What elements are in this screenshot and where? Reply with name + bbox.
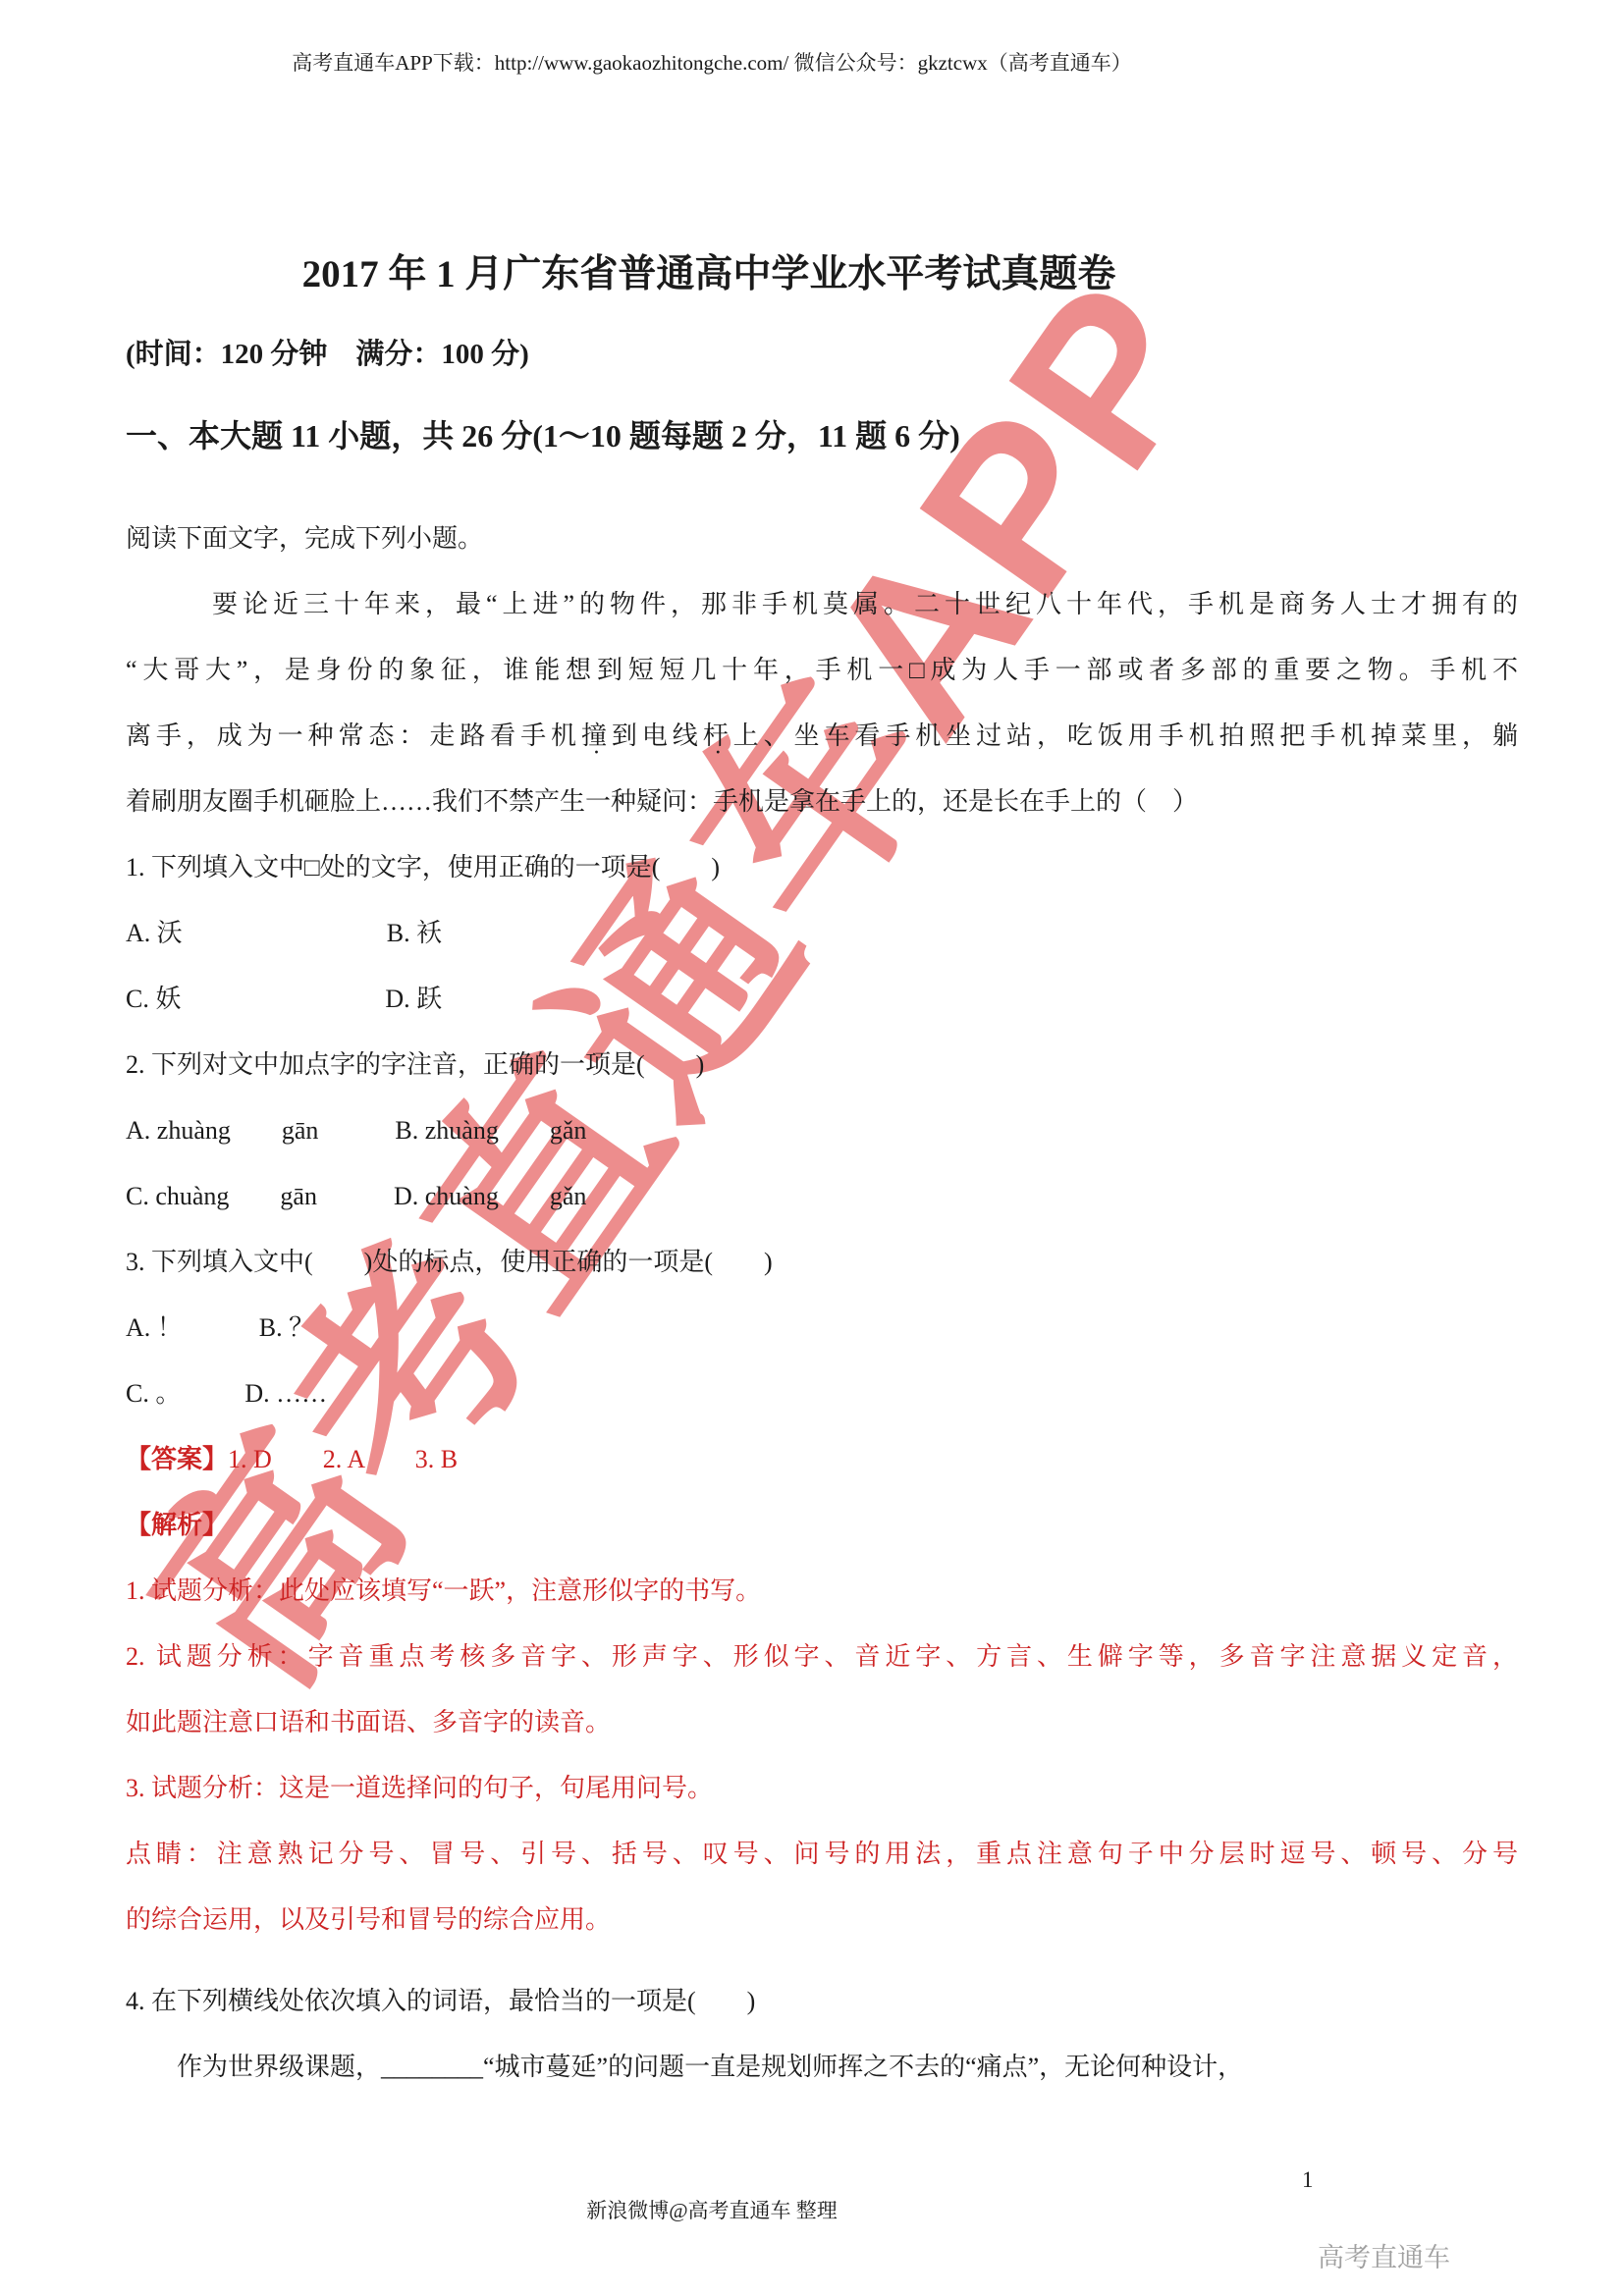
paragraph-line-4: 着刷朋友圈手机砸脸上……我们不禁产生一种疑问：手机是拿在手上的，还是长在手上的（… <box>126 769 1518 834</box>
dotted-character: 杆 <box>703 721 733 750</box>
question-4-stem: 4. 在下列横线处依次填入的词语，最恰当的一项是( ) <box>126 1968 1518 2034</box>
answer-values: 1. D 2. A 3. B <box>228 1445 458 1473</box>
analysis-tip-line-1: 点睛：注意熟记分号、冒号、引号、括号、叹号、问号的用法，重点注意句子中分层时逗号… <box>126 1821 1518 1887</box>
brand-corner-mark: 高考直通车 <box>1318 2236 1450 2274</box>
analysis-label: 【解析】 <box>126 1492 1518 1558</box>
text-segment: 上、坐车看手机坐过站，吃饭用手机拍照把手机掉菜里，躺 <box>733 721 1518 750</box>
exam-document-page: 高考直通车APP 高考直通车APP下载：http://www.gaokaozhi… <box>0 0 1624 2296</box>
analysis-item-2-line-2: 如此题注意口语和书面语、多音字的读音。 <box>126 1689 1518 1755</box>
question-1-options-row-cd: C. 妖 D. 跃 <box>126 966 1518 1032</box>
analysis-item-3: 3. 试题分析：这是一道选择问的句子，句尾用问号。 <box>126 1755 1518 1821</box>
question-3-options-row-ab: A. ！ B. ？ <box>126 1295 1518 1361</box>
dotted-character: 撞 <box>581 721 612 750</box>
question-1-options-row-ab: A. 沃 B. 袄 <box>126 900 1518 966</box>
question-2-options-row-cd: C. chuàng gān D. chuàng gǎn <box>126 1163 1518 1229</box>
question-2-options-row-ab: A. zhuàng gān B. zhuàng gǎn <box>126 1097 1518 1163</box>
analysis-item-1: 1. 试题分析：此处应该填写“一跃”，注意形似字的书写。 <box>126 1558 1518 1624</box>
question-3-stem: 3. 下列填入文中( )处的标点，使用正确的一项是( ) <box>126 1229 1518 1295</box>
question-2-stem: 2. 下列对文中加点字的字注音，正确的一项是( ) <box>126 1032 1518 1097</box>
analysis-tip-line-2: 的综合运用，以及引号和冒号的综合应用。 <box>126 1887 1518 1952</box>
section-heading: 一、本大题 11 小题，共 26 分(1～10 题每题 2 分，11 题 6 分… <box>126 411 1518 456</box>
footer-note: 新浪微博@高考直通车 整理 <box>0 2195 1424 2224</box>
analysis-item-2-line-1: 2. 试题分析：字音重点考核多音字、形声字、形似字、音近字、方言、生僻字等，多音… <box>126 1624 1518 1689</box>
paragraph-line-3: 离手，成为一种常态：走路看手机撞到电线杆上、坐车看手机坐过站，吃饭用手机拍照把手… <box>126 703 1518 769</box>
answer-label: 【答案】 <box>126 1445 228 1473</box>
question-1-stem: 1. 下列填入文中□处的文字，使用正确的一项是( ) <box>126 834 1518 900</box>
paragraph-line-1: 要论近三十年来，最“上进”的物件，那非手机莫属。二十世纪八十年代，手机是商务人士… <box>126 571 1518 637</box>
text-segment: 离手，成为一种常态：走路看手机 <box>126 721 581 750</box>
paragraph-line-2: “大哥大”，是身份的象征，谁能想到短短几十年，手机一□成为人手一部或者多部的重要… <box>126 637 1518 703</box>
question-4-paragraph-line: 作为世界级课题，________“城市蔓延”的问题一直是规划师挥之不去的“痛点”… <box>126 2034 1518 2100</box>
time-score-line: (时间：120 分钟 满分：100 分) <box>126 332 1518 372</box>
document-content: 2017 年 1 月广东省普通高中学业水平考试真题卷 (时间：120 分钟 满分… <box>126 0 1518 2100</box>
document-title: 2017 年 1 月广东省普通高中学业水平考试真题卷 <box>126 0 1518 298</box>
text-segment: 到电线 <box>612 721 703 750</box>
page-number: 1 <box>1302 2167 1314 2193</box>
question-3-options-row-cd: C. 。 D. …… <box>126 1361 1518 1426</box>
answer-line: 【答案】1. D 2. A 3. B <box>126 1426 1518 1492</box>
reading-instruction: 阅读下面文字，完成下列小题。 <box>126 506 1518 571</box>
